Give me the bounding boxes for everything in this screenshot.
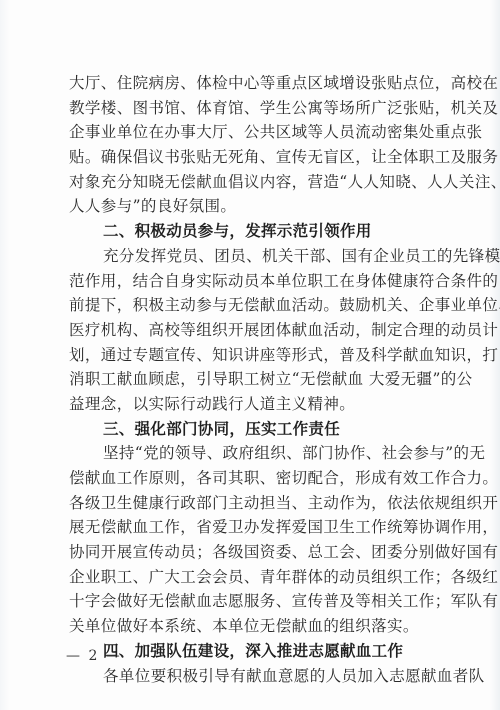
text-line: 各单位要积极引导有献血意愿的人员加入志愿献血者队 <box>69 664 429 689</box>
text-line: 对象充分知晓无偿献血倡议内容，营造“人人知晓、人人关注、 <box>69 170 429 195</box>
text-line: 企业职工、广大工会会员、青年群体的动员组织工作；各级红 <box>69 565 429 590</box>
text-line: 医疗机构、高校等组织开展团体献血活动，制定合理的动员计 <box>69 318 429 343</box>
text-line: 展无偿献血工作，省爱卫办发挥爱国卫生工作统筹协调作用， <box>69 515 429 540</box>
text-line: 十字会做好无偿献血志愿服务、宣传普及等相关工作；军队有 <box>69 589 429 614</box>
section-heading-2: 二、积极动员参与，发挥示范引领作用 <box>69 219 429 244</box>
text-line: 企事业单位在办事大厅、公共区域等人员流动密集处重点张 <box>69 120 429 145</box>
paragraph-4: 各单位要积极引导有献血意愿的人员加入志愿献血者队 <box>69 664 429 689</box>
document-page: 大厅、住院病房、体检中心等重点区域增设张贴点位，高校在 教学楼、图书馆、体育馆、… <box>0 0 500 710</box>
document-body: 大厅、住院病房、体检中心等重点区域增设张贴点位，高校在 教学楼、图书馆、体育馆、… <box>69 71 429 688</box>
text-line: 划，通过专题宣传、知识讲座等形式，普及科学献血知识，打 <box>69 343 429 368</box>
text-line: 教学楼、图书馆、体育馆、学生公寓等场所广泛张贴，机关及 <box>69 96 429 121</box>
text-line: 贴。确保倡议书张贴无死角、宣传无盲区，让全体职工及服务 <box>69 145 429 170</box>
text-line: 关单位做好本系统、本单位无偿献血的组织落实。 <box>69 614 429 639</box>
paragraph-2: 充分发挥党员、团员、机关干部、国有企业员工的先锋模 范作用，结合自身实际动员本单… <box>69 244 429 417</box>
page-number: — 2 — <box>66 648 122 664</box>
text-line: 大厅、住院病房、体检中心等重点区域增设张贴点位，高校在 <box>69 71 429 96</box>
section-heading-4: 四、加强队伍建设，深入推进志愿献血工作 <box>69 639 429 664</box>
section-heading-3: 三、强化部门协同，压实工作责任 <box>69 417 429 442</box>
text-line: 充分发挥党员、团员、机关干部、国有企业员工的先锋模 <box>69 244 429 269</box>
text-line: 人人参与”的良好氛围。 <box>69 194 429 219</box>
text-line: 范作用，结合自身实际动员本单位职工在身体健康符合条件的 <box>69 269 429 294</box>
text-line: 前提下，积极主动参与无偿献血活动。鼓励机关、企事业单位、 <box>69 293 429 318</box>
text-line: 各级卫生健康行政部门主动担当、主动作为，依法依规组织开 <box>69 491 429 516</box>
paragraph-1: 大厅、住院病房、体检中心等重点区域增设张贴点位，高校在 教学楼、图书馆、体育馆、… <box>69 71 429 219</box>
text-line: 益理念，以实际行动践行人道主义精神。 <box>69 392 429 417</box>
text-line: 协同开展宣传动员；各级国资委、总工会、团委分别做好国有 <box>69 540 429 565</box>
text-line: 消职工献血顾虑，引导职工树立“无偿献血 大爱无疆”的公 <box>69 367 429 392</box>
paragraph-3: 坚持“党的领导、政府组织、部门协作、社会参与”的无 偿献血工作原则，各司其职、密… <box>69 441 429 639</box>
text-line: 偿献血工作原则，各司其职、密切配合，形成有效工作合力。 <box>69 466 429 491</box>
text-line: 坚持“党的领导、政府组织、部门协作、社会参与”的无 <box>69 441 429 466</box>
